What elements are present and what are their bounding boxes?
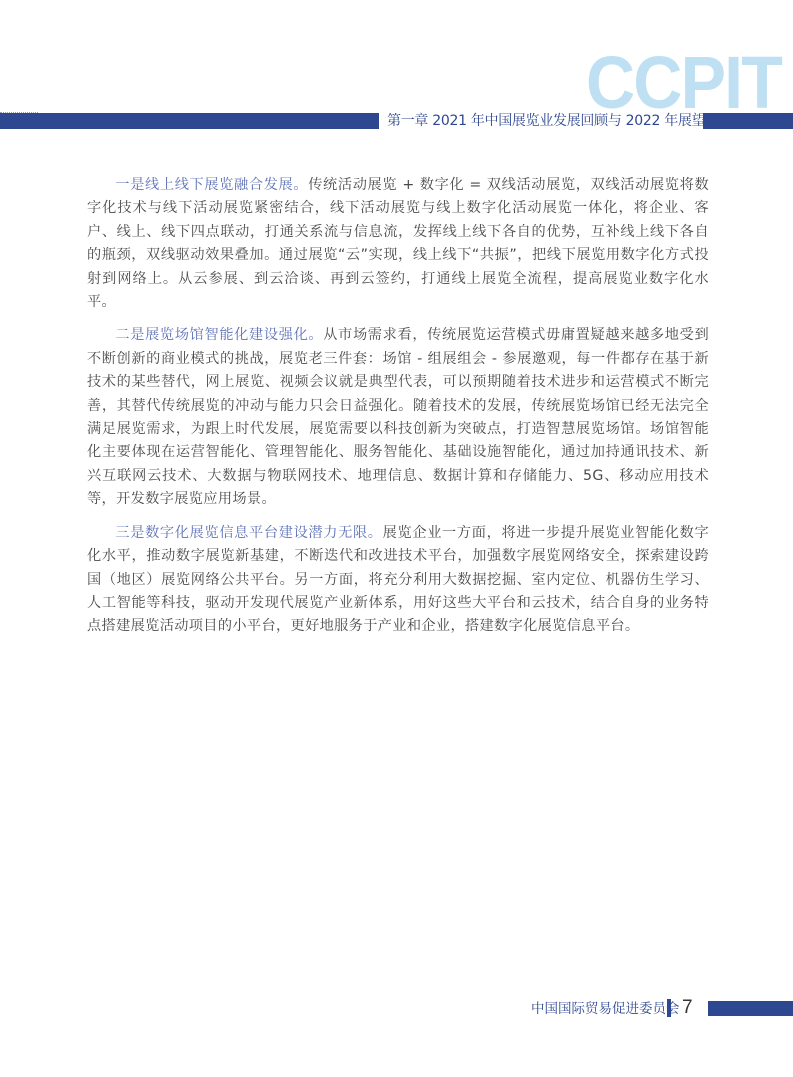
paragraph-lead: 二是展览场馆智能化建设强化。 <box>115 327 323 343</box>
header-bar-left <box>0 113 379 129</box>
paragraph-3: 三是数字化展览信息平台建设潜力无限。展览企业一方面，将进一步提升展览业智能化数字… <box>87 522 709 639</box>
footer-divider <box>667 999 671 1017</box>
paragraph-1: 一是线上线下展览融合发展。传统活动展览 + 数字化 = 双线活动展览，双线活动展… <box>87 174 709 314</box>
paragraph-text: 从市场需求看，传统展览运营模式毋庸置疑越来越多地受到不断创新的商业模式的挑战，展… <box>87 327 709 507</box>
paragraph-text: 传统活动展览 + 数字化 = 双线活动展览，双线活动展览将数字化技术与线下活动展… <box>87 177 709 310</box>
chapter-title: 第一章 2021 年中国展览业发展回顾与 2022 年展望 <box>387 111 705 131</box>
footer-organization: 中国国际贸易促进委员会 <box>531 1000 680 1018</box>
page-number: 7 <box>682 996 693 1020</box>
paragraph-lead: 一是线上线下展览融合发展。 <box>115 177 308 193</box>
body-content: 一是线上线下展览融合发展。传统活动展览 + 数字化 = 双线活动展览，双线活动展… <box>87 174 709 649</box>
paragraph-lead: 三是数字化展览信息平台建设潜力无限。 <box>115 525 382 541</box>
footer-bar <box>708 1001 793 1016</box>
paragraph-text: 展览企业一方面，将进一步提升展览业智能化数字化水平，推动数字展览新基建，不断迭代… <box>87 525 709 635</box>
header-bar-right <box>703 113 793 129</box>
ccpit-logo: CCPIT <box>586 46 781 120</box>
paragraph-2: 二是展览场馆智能化建设强化。从市场需求看，传统展览运营模式毋庸置疑越来越多地受到… <box>87 324 709 511</box>
